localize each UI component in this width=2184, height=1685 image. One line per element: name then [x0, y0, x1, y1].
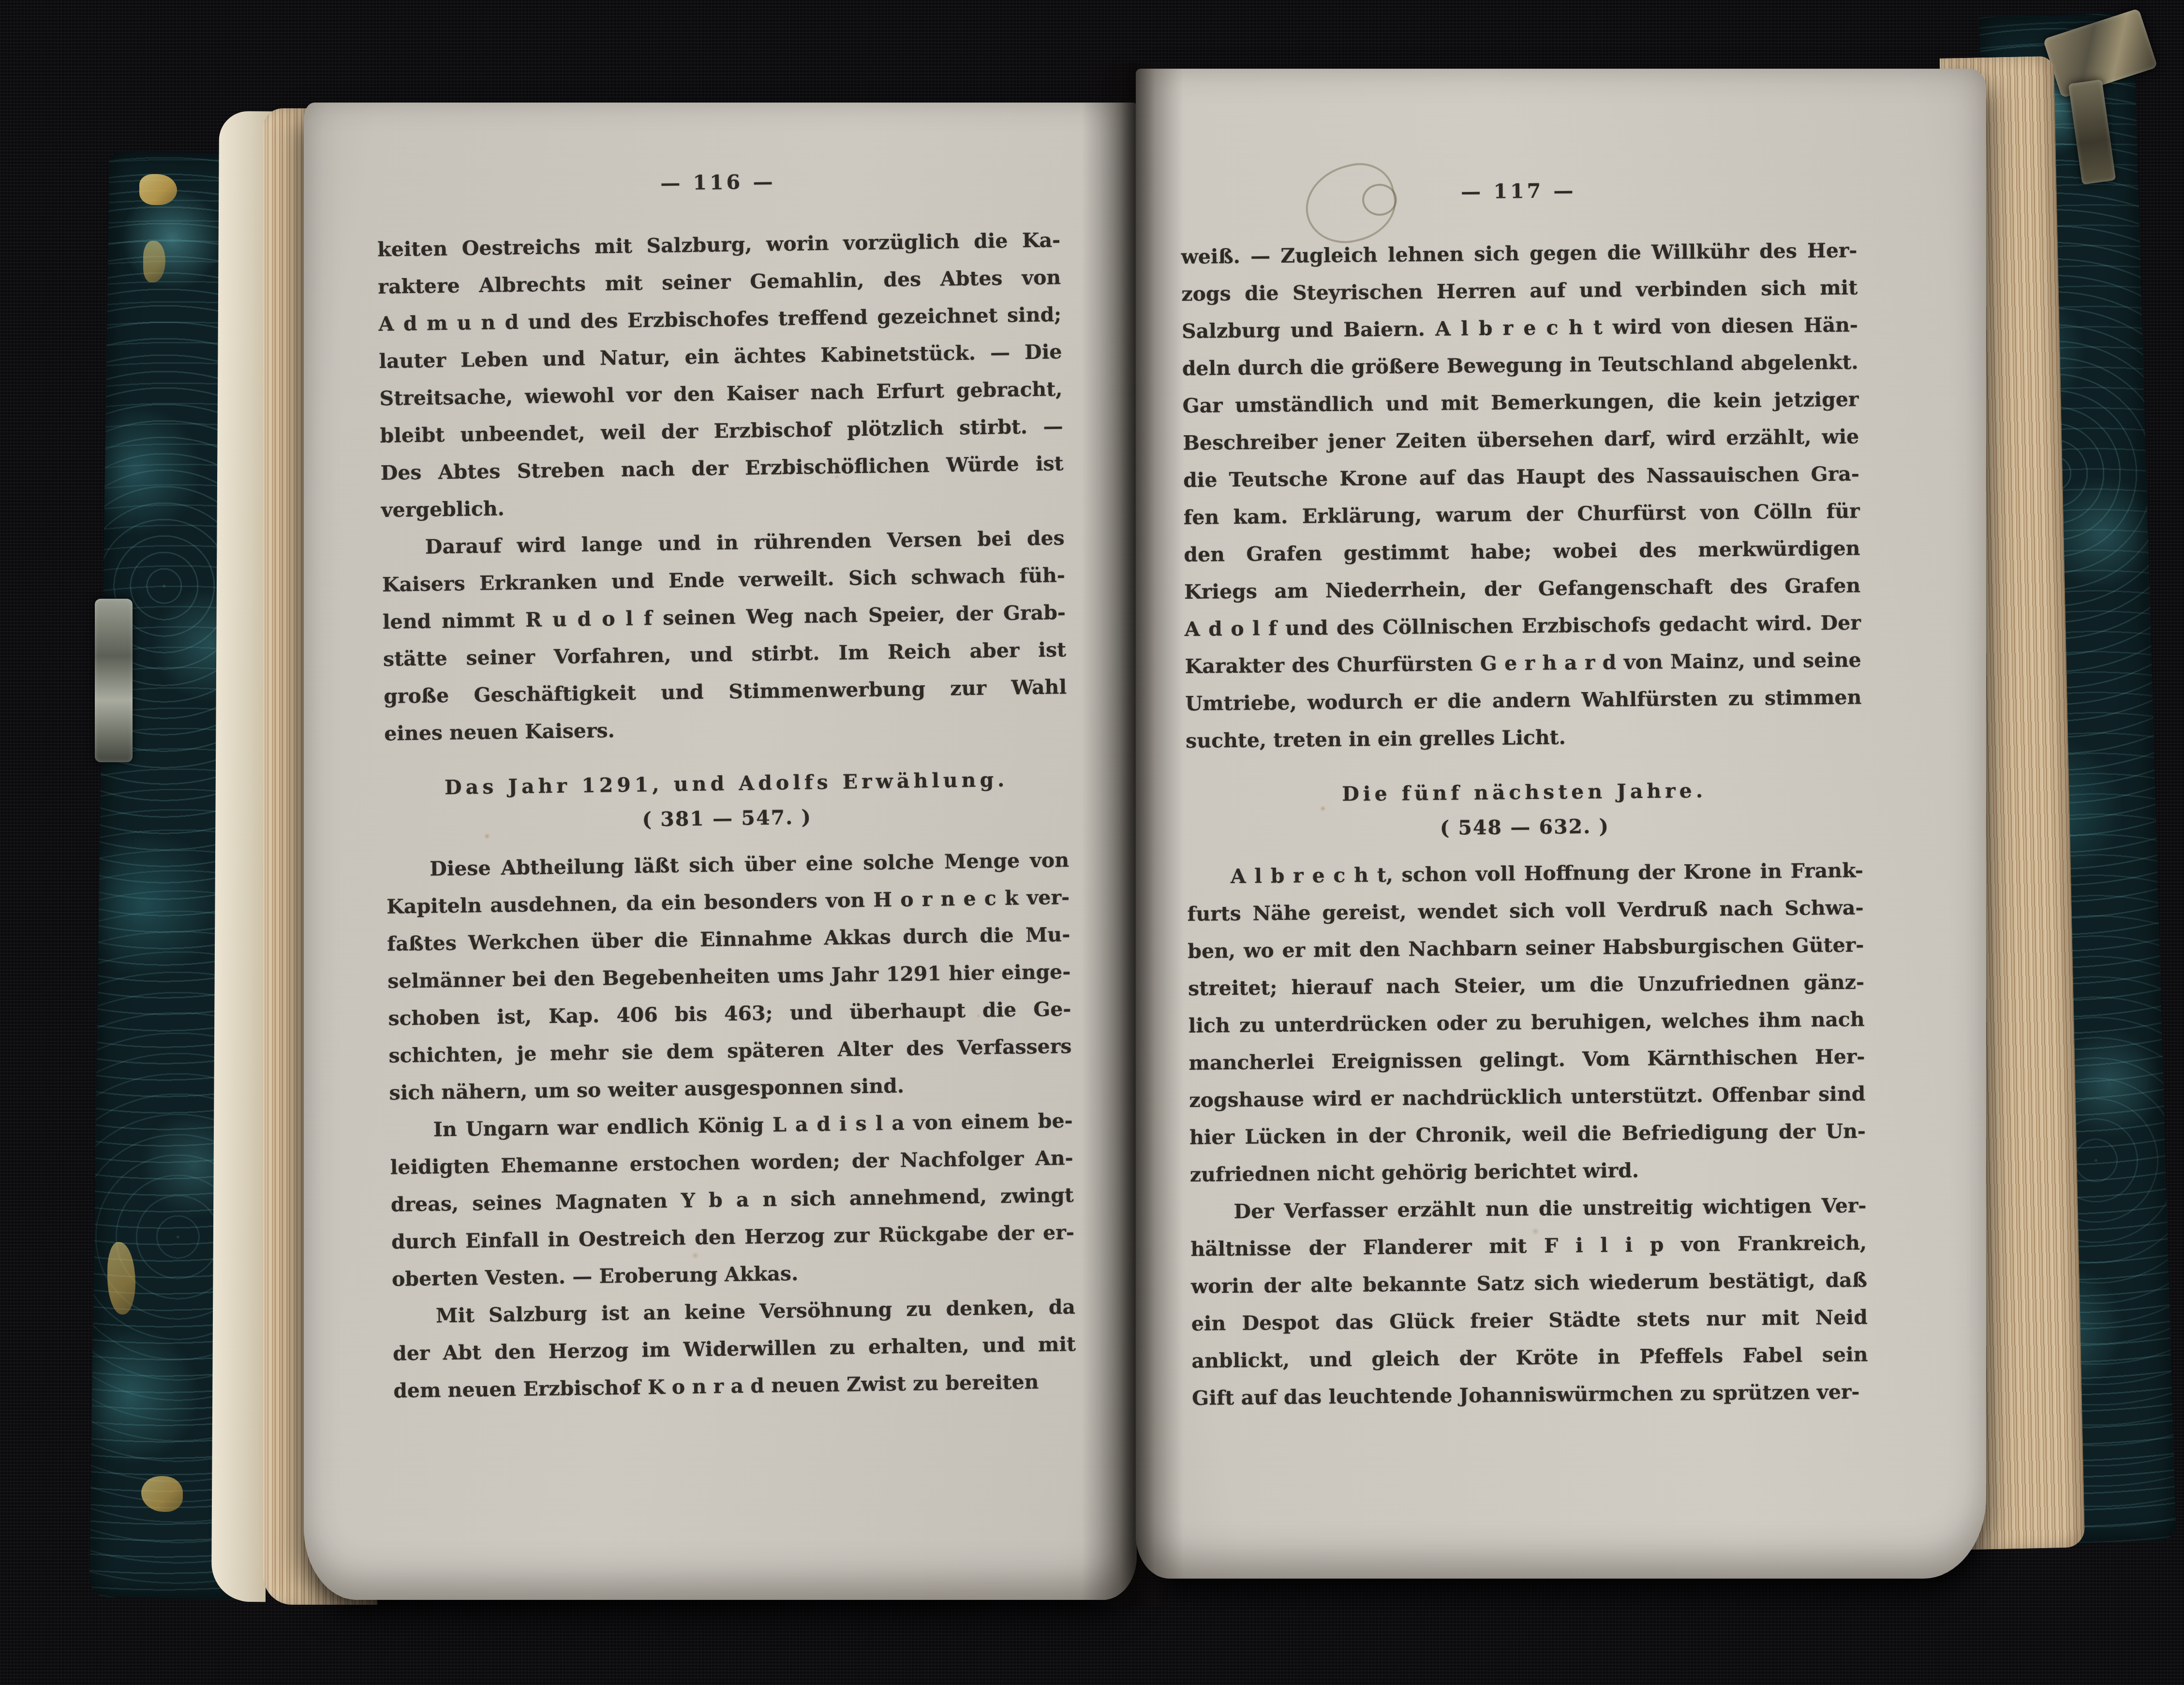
- text-line: Die fünf nächsten Jahre.: [1186, 772, 1863, 813]
- text-line: A d o l f und des Cöllnischen Erzbischof…: [1185, 605, 1861, 648]
- text-line: Beschreiber jener Zeiten übersehen darf,…: [1183, 418, 1859, 462]
- text-line: Gar umständlich und mit Bemerkungen, die…: [1182, 381, 1859, 425]
- section-range: ( 548 — 632. ): [1187, 807, 1863, 848]
- text-line: Der Verfasser erzählt nun die unstreitig…: [1190, 1187, 1867, 1230]
- text-line: Gift auf das leuchtende Johanniswürmchen…: [1192, 1373, 1869, 1417]
- paragraph: Der Verfasser erzählt nun die unstreitig…: [1190, 1187, 1868, 1417]
- text-line: mancherlei Ereignissen gelingt. Vom Kärn…: [1189, 1038, 1865, 1081]
- text-line: worin der alte bekannte Satz sich wieder…: [1191, 1261, 1868, 1305]
- page-number: — 116 —: [376, 161, 1060, 204]
- section-heading: Die fünf nächsten Jahre.: [1186, 772, 1863, 813]
- text-line: anblickt, und gleich der Kröte in Pfeffe…: [1191, 1336, 1868, 1379]
- text-line: deln durch die größere Bewegung in Teuts…: [1182, 344, 1858, 387]
- photo-stage: — 116 —keiten Oestreichs mit Salzburg, w…: [0, 0, 2184, 1685]
- right-page: — 117 —weiß. — Zugleich lehnen sich gege…: [1136, 69, 1986, 1579]
- paragraph: keiten Oestreichs mit Salzburg, worin vo…: [377, 222, 1064, 529]
- text-line: streitet; hierauf nach Steier, um die Un…: [1188, 964, 1865, 1007]
- text-line: den Grafen gestimmt habe; wobei des merk…: [1184, 530, 1860, 574]
- text-line: hier Lücken in der Chronik, weil die Bef…: [1189, 1112, 1866, 1156]
- text-line: lich zu unterdrücken oder zu beruhigen, …: [1188, 1001, 1865, 1045]
- text-line: ( 548 — 632. ): [1187, 807, 1863, 848]
- paragraph: Mit Salzburg ist an keine Versöhnung zu …: [392, 1288, 1077, 1410]
- text-line: A l b r e c h t, schon voll Hoffnung der…: [1187, 852, 1864, 896]
- text-line: zogs die Steyrischen Herren auf und verb…: [1181, 269, 1858, 313]
- paragraph: A l b r e c h t, schon voll Hoffnung der…: [1187, 852, 1867, 1194]
- right-page-text: — 117 —weiß. — Zugleich lehnen sich gege…: [1180, 171, 1869, 1417]
- paragraph: Darauf wird lange und in rührenden Verse…: [381, 519, 1067, 753]
- text-line: zogshause wird er nachdrücklich unterstü…: [1189, 1075, 1866, 1119]
- paragraph: weiß. — Zugleich lehnen sich gegen die W…: [1181, 232, 1862, 760]
- left-page: — 116 —keiten Oestreichs mit Salzburg, w…: [304, 103, 1137, 1600]
- text-line: Kriegs am Niederrhein, der Gefangenschaf…: [1184, 567, 1861, 611]
- paragraph: In Ungarn war endlich König L a d i s l …: [389, 1102, 1075, 1298]
- text-line: ben, wo er mit den Nachbarn seiner Habsb…: [1188, 927, 1864, 970]
- text-line: zufriednen nicht gehörig berichtet wird.: [1189, 1150, 1866, 1193]
- text-line: Salzburg und Baiern. A l b r e c h t wir…: [1182, 307, 1858, 350]
- text-line: Karakter des Churfürsten G e r h a r d v…: [1185, 642, 1861, 685]
- metal-clasp-left: [95, 599, 133, 762]
- text-line: Umtriebe, wodurch er die andern Wahlfürs…: [1185, 679, 1862, 723]
- text-line: ein Despot das Glück freier Städte stets…: [1191, 1299, 1868, 1342]
- text-line: weiß. — Zugleich lehnen sich gegen die W…: [1181, 232, 1857, 276]
- cover-wear-patch: [139, 174, 177, 205]
- text-line: die Teutsche Krone auf das Haupt des Nas…: [1183, 456, 1860, 499]
- text-line: furts Nähe gereist, wendet sich voll Ver…: [1187, 889, 1864, 933]
- text-line: hältnisse der Flanderer mit F i l i p vo…: [1190, 1224, 1867, 1268]
- left-page-text: — 116 —keiten Oestreichs mit Salzburg, w…: [376, 161, 1077, 1409]
- paragraph: Diese Abtheilung läßt sich über eine sol…: [386, 842, 1072, 1112]
- text-line: suchte, treten in ein grelles Licht.: [1186, 716, 1862, 760]
- page-number: — 117 —: [1180, 171, 1857, 211]
- text-line: fen kam. Erklärung, warum der Churfürst …: [1183, 493, 1860, 536]
